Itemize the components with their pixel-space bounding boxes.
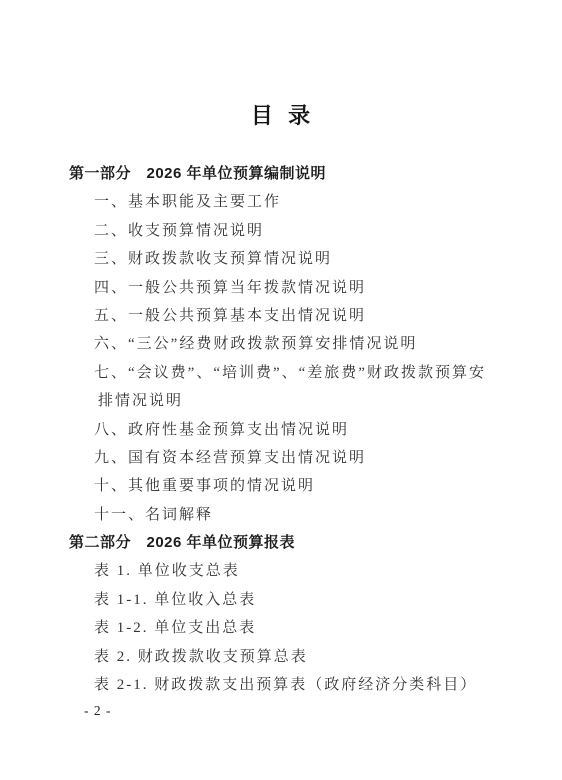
toc-line-item: 六、“三公”经费财政拨款预算安排情况说明 <box>0 330 562 358</box>
toc-line-item: 表 1-2. 单位支出总表 <box>0 614 562 642</box>
toc-line-item: 七、“会议费”、“培训费”、“差旅费”财政拨款预算安 <box>0 359 562 387</box>
toc-line-item: 十、其他重要事项的情况说明 <box>0 472 562 500</box>
toc-line-item: 九、国有资本经营预算支出情况说明 <box>0 444 562 472</box>
toc-line-item: 三、财政拨款收支预算情况说明 <box>0 245 562 273</box>
toc-line-item: 一、基本职能及主要工作 <box>0 188 562 216</box>
toc-line-item: 十一、名词解释 <box>0 501 562 529</box>
toc-line-cont: 排情况说明 <box>0 387 562 415</box>
page-number: - 2 - <box>84 703 112 719</box>
toc-line-item: 二、收支预算情况说明 <box>0 217 562 245</box>
document-page: 目 录 第一部分 2026 年单位预算编制说明一、基本职能及主要工作二、收支预算… <box>0 0 562 780</box>
toc-line-item: 表 1. 单位收支总表 <box>0 557 562 585</box>
toc-line-section: 第二部分 2026 年单位预算报表 <box>0 529 562 557</box>
toc-line-item: 表 1-1. 单位收入总表 <box>0 586 562 614</box>
toc-list: 第一部分 2026 年单位预算编制说明一、基本职能及主要工作二、收支预算情况说明… <box>0 160 562 699</box>
toc-line-section: 第一部分 2026 年单位预算编制说明 <box>0 160 562 188</box>
page-title: 目 录 <box>0 99 562 130</box>
toc-line-item: 表 2. 财政拨款收支预算总表 <box>0 643 562 671</box>
toc-line-item: 五、一般公共预算基本支出情况说明 <box>0 302 562 330</box>
toc-line-item: 四、一般公共预算当年拨款情况说明 <box>0 274 562 302</box>
toc-line-item: 表 2-1. 财政拨款支出预算表（政府经济分类科目） <box>0 671 562 699</box>
toc-line-item: 八、政府性基金预算支出情况说明 <box>0 416 562 444</box>
